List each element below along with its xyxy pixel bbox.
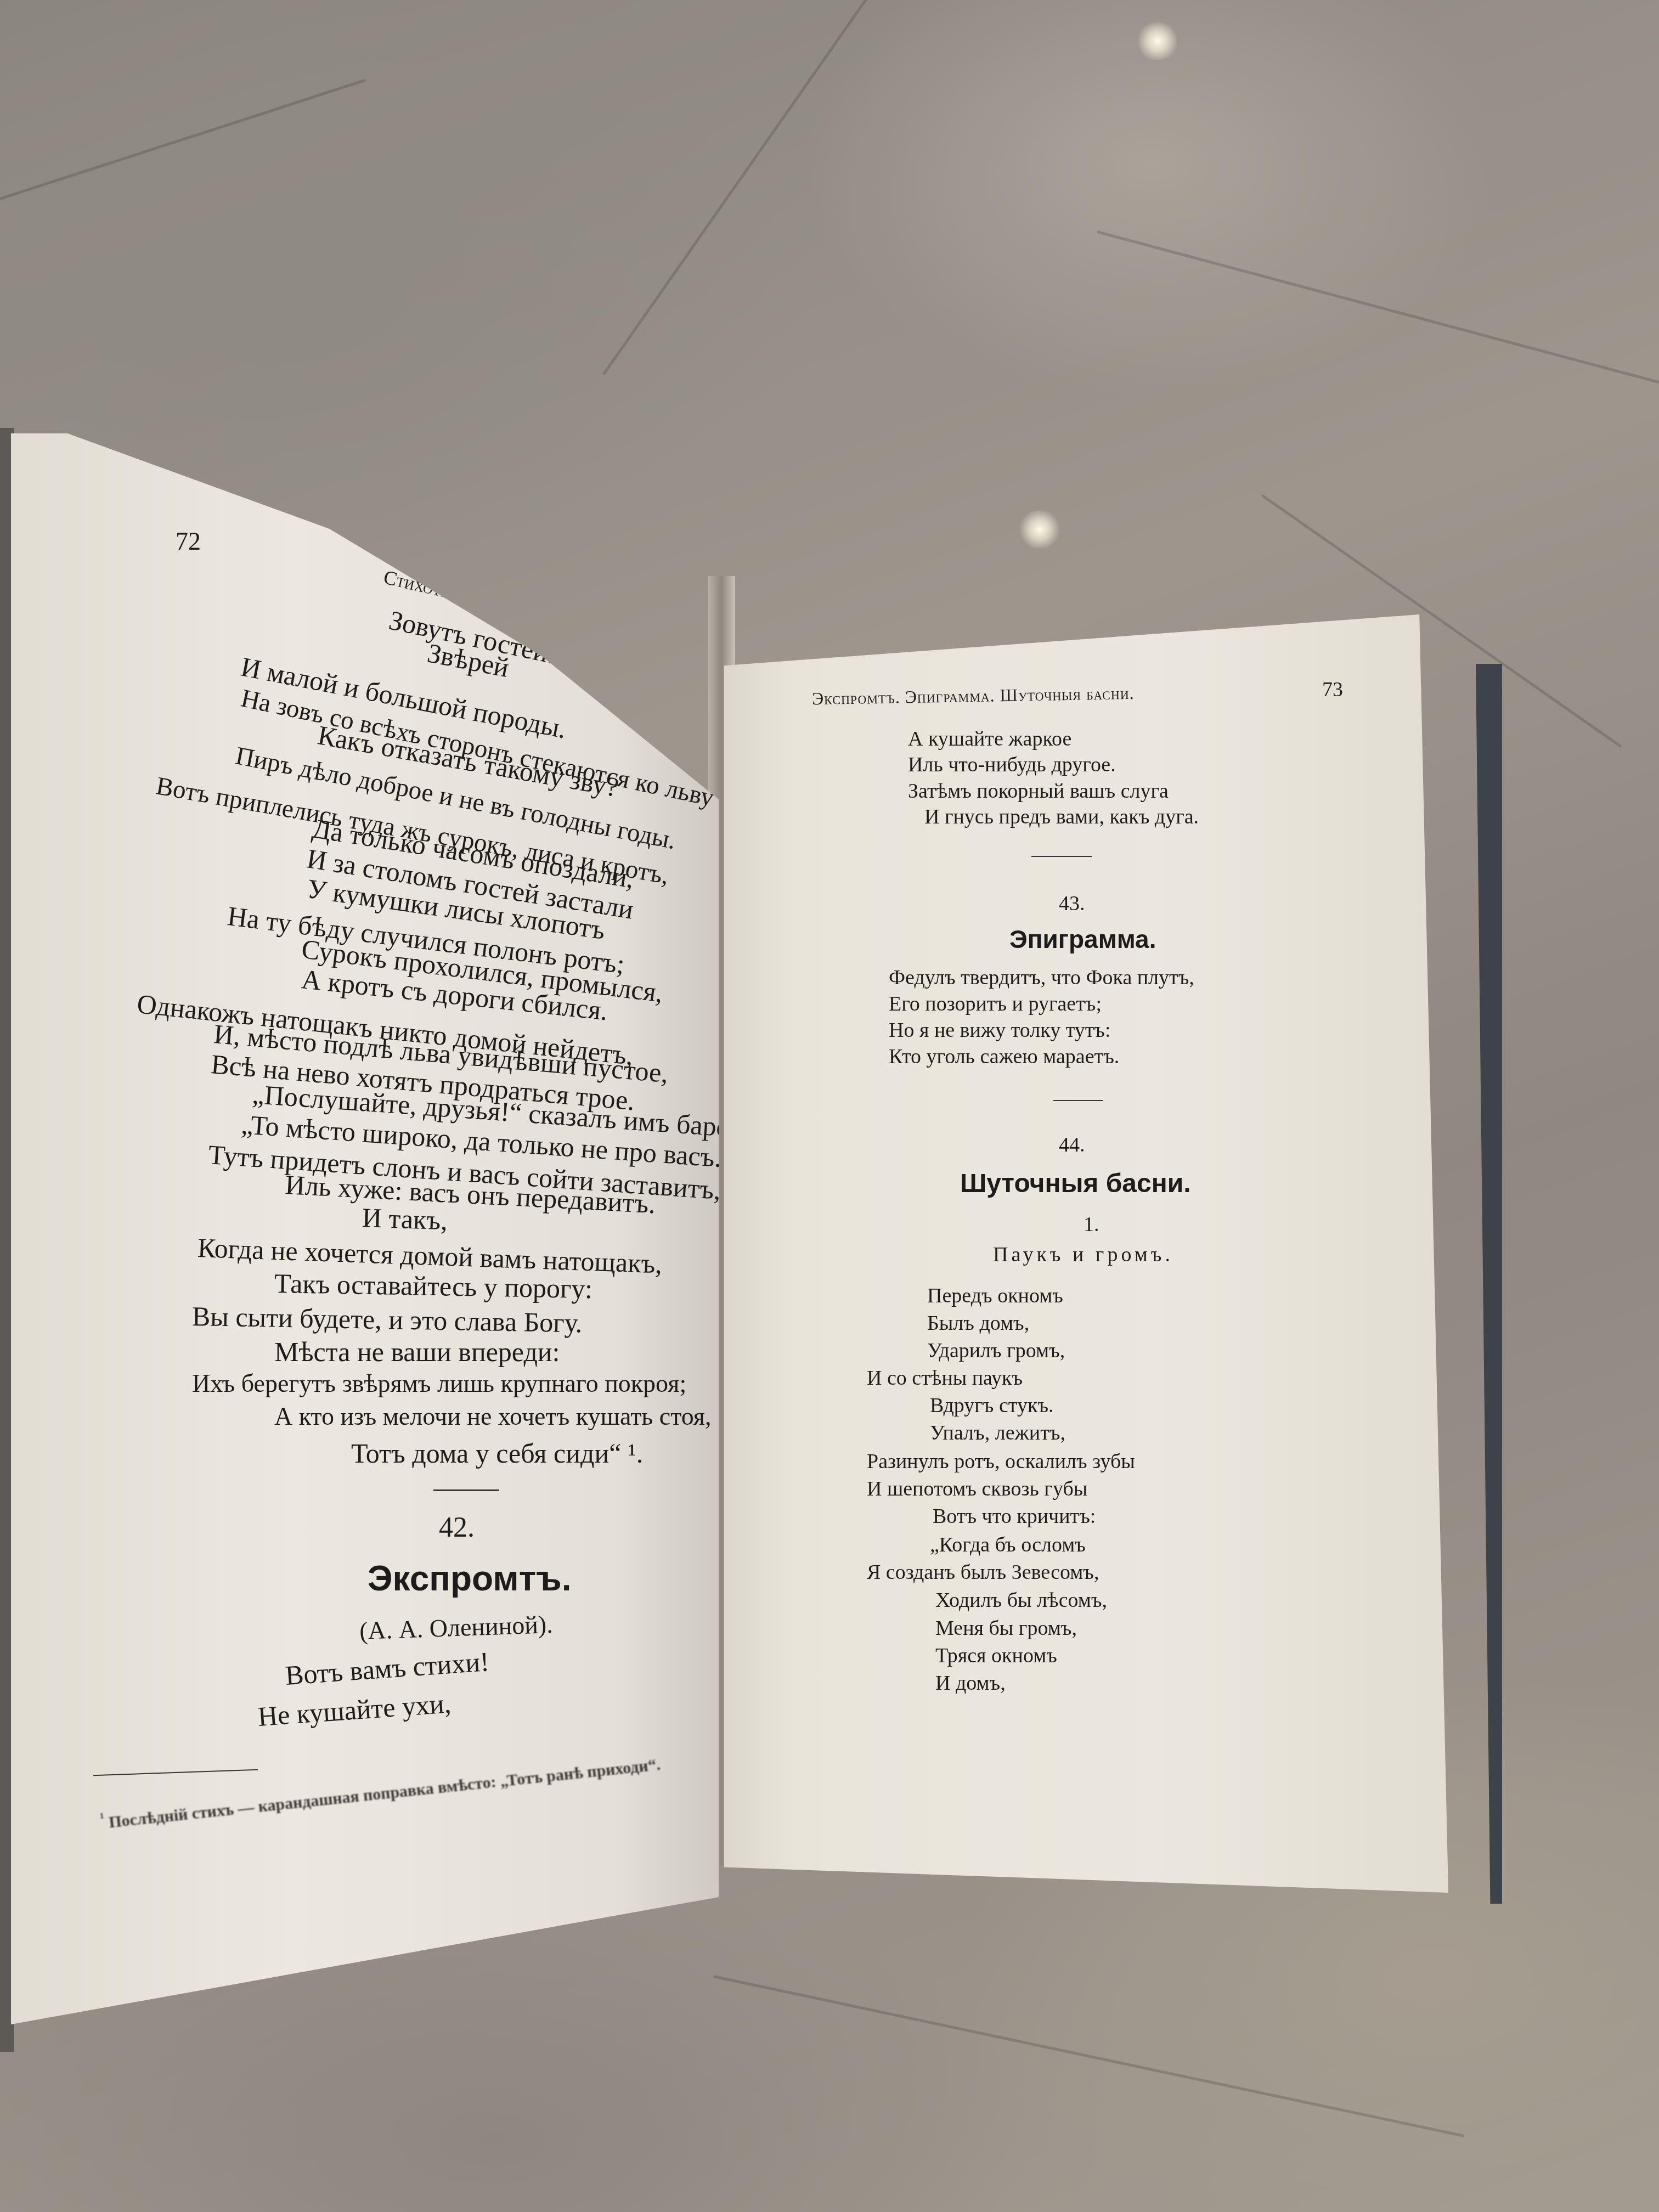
poem-line: „Когда бъ осломъ: [930, 1533, 1086, 1557]
poem-line: Вдругъ стукъ.: [930, 1393, 1054, 1418]
fable-title: Паукъ и громъ.: [993, 1243, 1173, 1267]
poem-line: Упалъ, лежитъ,: [930, 1421, 1065, 1445]
poem-line: Вотъ вамъ стихи!: [284, 1645, 490, 1691]
poem-line: И домъ,: [935, 1671, 1006, 1695]
section-dedication: (А. А. Олениной).: [359, 1610, 553, 1645]
poem-line: Не кушайте ухи,: [257, 1687, 452, 1732]
marble-vein: [1097, 230, 1659, 390]
section-title: Экспромтъ.: [368, 1558, 571, 1599]
poem-line: Но я не вижу толку тутъ:: [889, 1018, 1111, 1042]
poem-line: Такъ оставайтесь у порогу:: [274, 1267, 592, 1305]
poem-line: А кушайте жаркое: [908, 727, 1071, 751]
poem-line: Ходилъ бы лѣсомъ,: [935, 1588, 1107, 1612]
poem-line: Затѣмъ покорный вашъ слуга: [908, 779, 1169, 803]
section-number: 44.: [1059, 1133, 1085, 1157]
poem-line: Былъ домъ,: [927, 1311, 1029, 1335]
poem-line: Кто уголь сажею мараетъ.: [889, 1045, 1119, 1069]
section-divider: [433, 1489, 499, 1491]
poem-line: А кто изъ мелочи не хочетъ кушать стоя,: [274, 1402, 711, 1431]
section-divider: [1053, 1100, 1103, 1101]
running-head: Экспромтъ. Эпиграмма. Шуточныя басни.: [812, 683, 1135, 709]
poem-line: Мѣста не ваши впереди:: [274, 1336, 560, 1368]
section-divider: [1031, 856, 1092, 857]
poem-line: Федулъ твердитъ, что Фока плутъ,: [889, 966, 1194, 990]
poem-line: Меня бы громъ,: [935, 1616, 1077, 1640]
poem-line: Разинулъ ротъ, оскалилъ зубы: [867, 1449, 1135, 1474]
poem-line: Вотъ что кричитъ:: [933, 1504, 1096, 1528]
book-cover-edge: [1476, 664, 1502, 1904]
poem-line: И со стѣны паукъ: [867, 1366, 1023, 1390]
poem-line: Вы сыти будете, и это слава Богу.: [191, 1300, 582, 1339]
section-number: 43.: [1059, 891, 1085, 916]
marble-vein: [713, 1975, 1464, 2137]
poem-line: Я созданъ былъ Зевесомъ,: [867, 1560, 1099, 1584]
poem-line: Передъ окномъ: [927, 1284, 1063, 1308]
footnote: ¹ Послѣдній стихъ — карандашная поправка…: [66, 1736, 752, 1841]
poem-line: И такъ,: [362, 1201, 448, 1236]
poem-line: И гнусь предъ вами, какъ дуга.: [924, 805, 1199, 829]
marble-vein: [602, 0, 888, 375]
poem-line: И шепотомъ сквозь губы: [867, 1477, 1087, 1501]
page-number: 72: [176, 527, 201, 556]
marble-vein: [0, 79, 366, 200]
poem-line: Тотъ дома у себя сиди“ ¹.: [351, 1437, 643, 1469]
section-title: Шуточныя басни.: [960, 1169, 1191, 1199]
poem-line: Иль что-нибудь другое.: [908, 753, 1116, 777]
poem-line: Тряся окномъ: [935, 1644, 1057, 1668]
section-title: Эпиграмма.: [1009, 924, 1156, 954]
section-number: 42.: [439, 1511, 475, 1544]
right-page: Экспромтъ. Эпиграмма. Шуточныя басни. 73…: [724, 614, 1448, 1893]
poem-line: Ударилъ громъ,: [927, 1339, 1065, 1363]
page-number: 73: [1322, 678, 1343, 702]
ceiling-light-reflection: [1018, 510, 1062, 549]
footnote-divider: [93, 1769, 258, 1776]
poem-line: Его позоритъ и ругаетъ;: [889, 992, 1102, 1016]
poem-line: Ихъ берегутъ звѣрямъ лишь крупнаго покро…: [192, 1369, 686, 1398]
footnote-text: Послѣдній стихъ — карандашная поправка в…: [108, 1756, 662, 1831]
fable-number: 1.: [1084, 1212, 1099, 1237]
ceiling-light-reflection: [1136, 22, 1180, 60]
footnote-marker: ¹: [99, 1810, 105, 1826]
left-page: 72 Стихотворенія и басни. Зовутъ гостей:…: [11, 433, 719, 2024]
